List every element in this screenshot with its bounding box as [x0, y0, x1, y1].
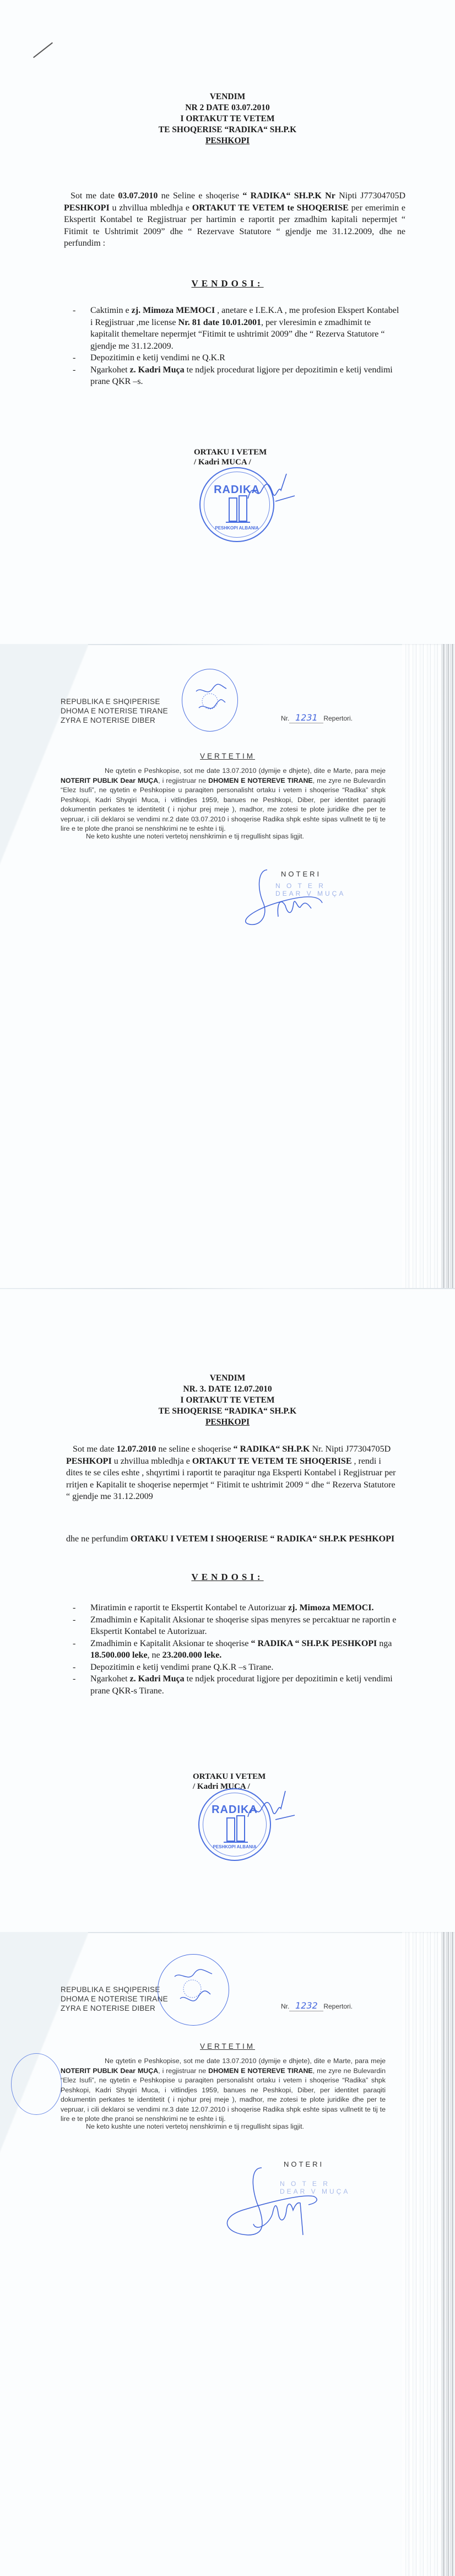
signature-block: ORTAKU I VETEM / Kadri MUCA /	[194, 447, 267, 467]
handwritten-signature-icon	[242, 1787, 297, 1831]
decision-item: Caktimin e zj. Mimoza MEMOCI , anetare e…	[71, 305, 401, 352]
signer-role: ORTAKU I VETEM	[194, 447, 267, 457]
notary-closing: Ne keto kushte une noteri vertetoj nensh…	[86, 2123, 304, 2130]
title-company: TE SHOQERISE “RADIKA“ SH.P.K	[0, 125, 455, 136]
vertetim-title: VERTETIM	[0, 752, 455, 760]
signer-role: ORTAKU I VETEM	[193, 1772, 266, 1782]
pen-mark	[33, 42, 53, 58]
intro-paragraph: Sot me date 03.07.2010 ne Seline e shoqe…	[64, 190, 405, 250]
title-city: PESHKOPI	[0, 136, 455, 147]
notary-signature-icon	[220, 2163, 331, 2246]
notary-body: Ne qytetin e Peshkopise, sot me date 13.…	[61, 766, 386, 834]
repertory-number: Nr.1231Repertori.	[281, 712, 353, 723]
repertory-number: Nr.1232Repertori.	[281, 2000, 353, 2011]
title-line: I ORTAKUT TE VETEM	[0, 1395, 455, 1406]
title-line: I ORTAKUT TE VETEM	[0, 113, 455, 125]
title-line: VENDIM	[0, 91, 455, 102]
title-company: TE SHOQERISE “RADIKA“ SH.P.K	[0, 1406, 455, 1417]
decision-item: Miratimin e raportit te Ekspertit Kontab…	[71, 1602, 401, 1614]
decision-title: VENDIM NR. 3. DATE 12.07.2010 I ORTAKUT …	[0, 1373, 455, 1428]
conclusion-paragraph: dhe ne perfundim ORTAKU I VETEM I SHOQER…	[66, 1533, 397, 1545]
title-city: PESHKOPI	[0, 1417, 455, 1428]
repertory-number-value: 1231	[289, 712, 323, 723]
page-4-notary-certification: REPUBLIKA E SHQIPERISE DHOMA E NOTERISE …	[0, 1932, 455, 2576]
decision-item: Depozitimin e ketij vendimi ne Q.K.R	[71, 352, 401, 364]
notary-seal-icon	[158, 1954, 229, 2026]
notary-body: Ne qytetin e Peshkopise, sot me date 13.…	[61, 2057, 386, 2124]
decision-item: Zmadhimin e Kapitalit Aksionar te shoqer…	[71, 1614, 401, 1638]
decision-item: Depozitimin e ketij vendimi prane Q.K.R …	[71, 1662, 401, 1674]
title-number-date: NR. 3. DATE 12.07.2010	[0, 1384, 455, 1395]
decisions-list: Caktimin e zj. Mimoza MEMOCI , anetare e…	[71, 305, 401, 388]
title-number-date: NR 2 DATE 03.07.2010	[0, 102, 455, 113]
notary-seal-partial-icon	[11, 2053, 62, 2115]
handwritten-signature-icon	[242, 468, 297, 512]
vendosi-heading: VENDOSI:	[0, 278, 455, 289]
decision-item: Ngarkohet z. Kadri Muça te ndjek procedu…	[71, 1673, 401, 1697]
notary-closing: Ne keto kushte une noteri vertetoj nensh…	[86, 832, 304, 840]
title-line: VENDIM	[0, 1373, 455, 1384]
page-2-notary-certification: REPUBLIKA E SHQIPERISE DHOMA E NOTERISE …	[0, 644, 455, 1288]
signer-name: / Kadri MUCA /	[194, 457, 267, 467]
page-3-decision-nr3: VENDIM NR. 3. DATE 12.07.2010 I ORTAKUT …	[0, 1288, 455, 1932]
page-1-decision-nr2: VENDIM NR 2 DATE 03.07.2010 I ORTAKUT TE…	[0, 0, 455, 644]
notary-header: REPUBLIKA E SHQIPERISE DHOMA E NOTERISE …	[61, 697, 168, 725]
intro-paragraph: Sot me date 12.07.2010 ne seline e shoqe…	[66, 1443, 397, 1503]
decision-title: VENDIM NR 2 DATE 03.07.2010 I ORTAKUT TE…	[0, 91, 455, 147]
decision-item: Zmadhimin e Kapitalit Aksionar te shoqer…	[71, 1638, 401, 1662]
notary-signature-icon	[237, 864, 336, 930]
vendosi-heading: VENDOSI:	[0, 1572, 455, 1583]
decisions-list: Miratimin e raportit te Ekspertit Kontab…	[71, 1602, 401, 1697]
notary-seal-icon	[182, 669, 238, 732]
vertetim-title: VERTETIM	[0, 2042, 455, 2050]
notary-header: REPUBLIKA E SHQIPERISE DHOMA E NOTERISE …	[61, 1985, 168, 2013]
repertory-number-value: 1232	[289, 2000, 323, 2011]
decision-item: Ngarkohet z. Kadri Muça te ndjek procedu…	[71, 364, 401, 388]
